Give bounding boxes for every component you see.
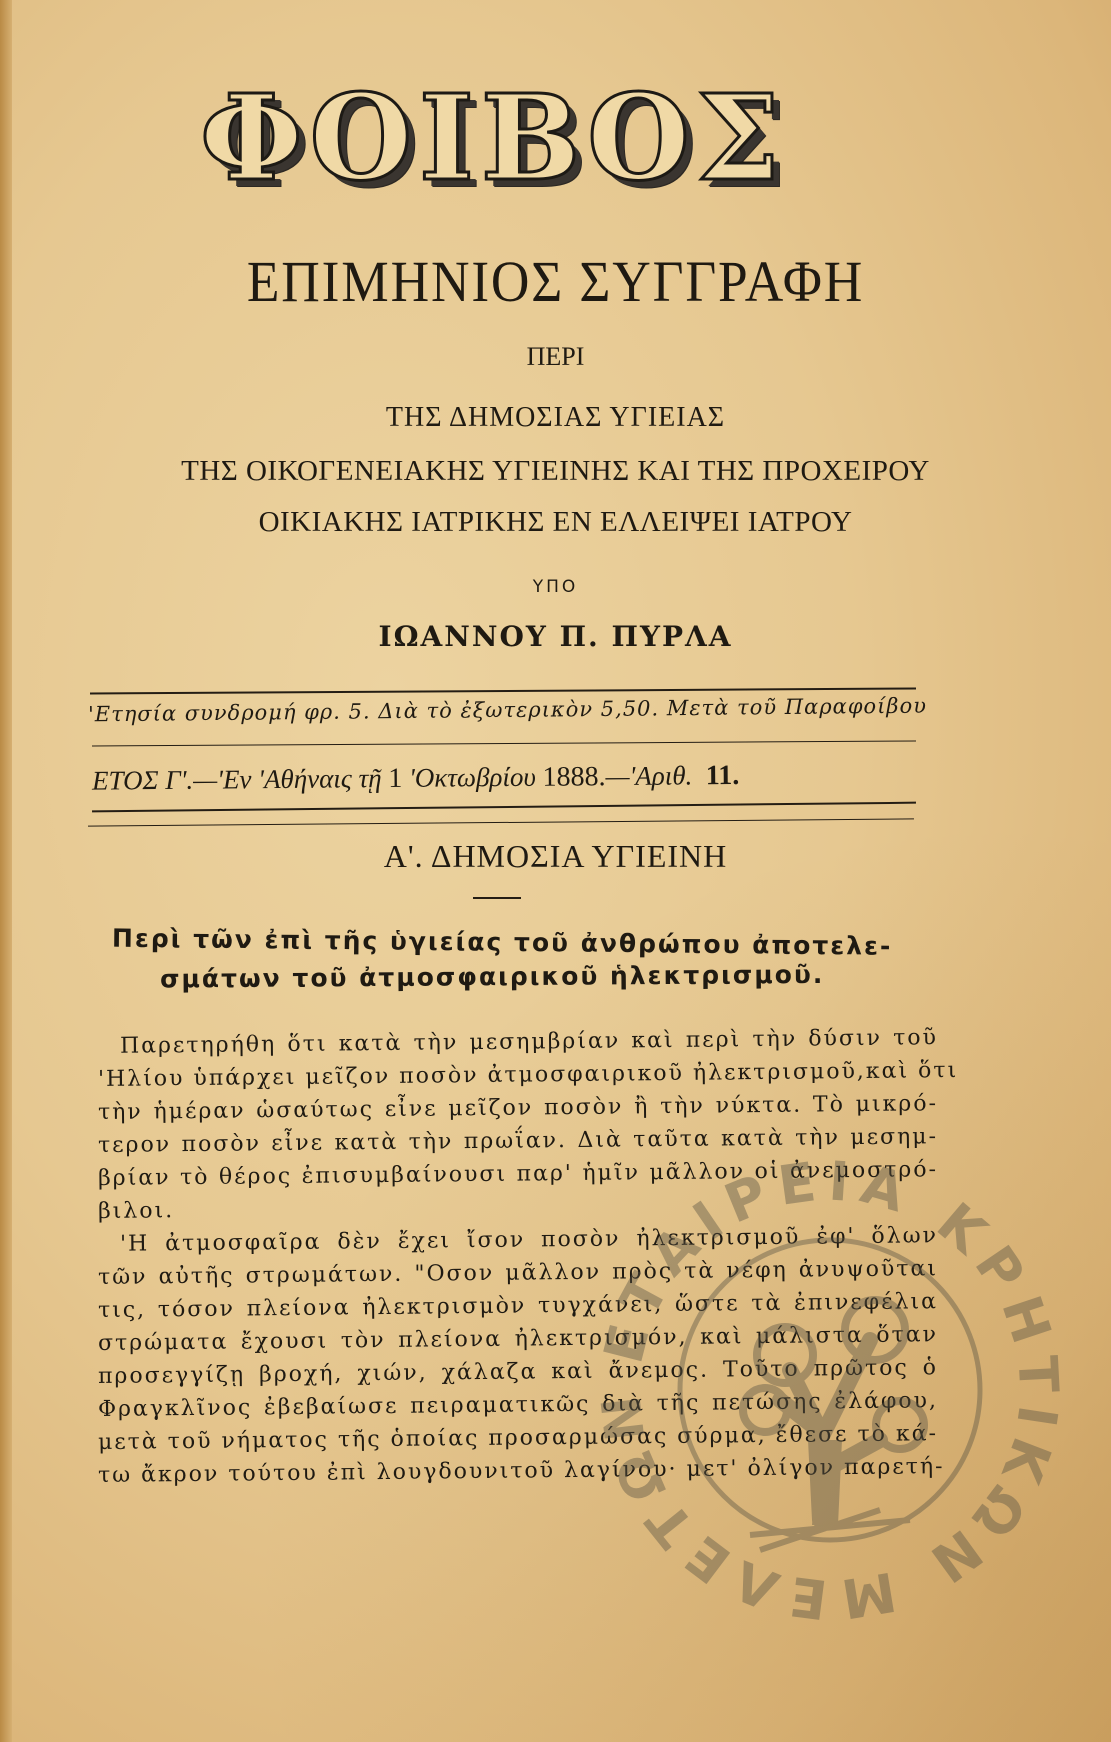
masthead-letter: Ι xyxy=(419,78,474,198)
issue-month: 'Οκτωβρίου xyxy=(409,762,536,793)
about-label: ΠΕΡΙ xyxy=(0,342,1111,372)
publication-subtitle: ΕΠΙΜΗΝΙΟΣ ΣΥΓΓΡΑΦΗ xyxy=(44,248,1066,315)
issue-year: ΕΤΟΣ Γ'. xyxy=(92,765,193,796)
issue-number-label: —'Αριθ. xyxy=(605,760,692,791)
topic-line: ΤΗΣ ΔΗΜΟΣΙΑΣ ΥΓΙΕΙΑΣ xyxy=(0,402,1111,434)
scanned-page: Φ Ο Ι Β Ο Σ ΕΠΙΜΗΝΙΟΣ ΣΥΓΓΡΑΦΗ ΠΕΡΙ ΤΗΣ … xyxy=(0,0,1111,1742)
issue-place-date: —'Εν 'Αθήναις τῇ xyxy=(193,763,382,795)
issue-day: 1 xyxy=(388,763,402,794)
article-heading-line: σμάτων τοῦ ἀτμοσφαιρικοῦ ἡλεκτρισμοῦ. xyxy=(160,959,880,993)
by-label: ΥΠΟ xyxy=(0,577,1111,597)
masthead-title: Φ Ο Ι Β Ο Σ xyxy=(200,78,780,198)
masthead-letter: Φ xyxy=(200,78,303,198)
issue-year-number: 1888. xyxy=(542,761,605,793)
topic-line: ΟΙΚΙΑΚΗΣ ΙΑΤΡΙΚΗΣ ΕΝ ΕΛΛΕΙΨΕΙ ΙΑΤΡΟΥ xyxy=(0,506,1111,539)
issue-number: 11. xyxy=(706,760,740,791)
short-divider xyxy=(473,897,521,899)
author-name: ΙΩΑΝΝΟΥ Π. ΠΥΡΛΑ xyxy=(0,620,1111,653)
topic-line: ΤΗΣ ΟΙΚΟΓΕΝΕΙΑΚΗΣ ΥΓΙΕΙΝΗΣ ΚΑΙ ΤΗΣ ΠΡΟΧΕ… xyxy=(0,455,1111,488)
article-body: Παρετηρήθη ὅτι κατὰ τὴν μεσημβρίαν καὶ π… xyxy=(98,1030,938,1492)
masthead-letter: Σ xyxy=(697,78,780,198)
masthead-letter: Ο xyxy=(309,78,412,198)
masthead-letter: Ο xyxy=(587,78,690,198)
section-title: Α'. ΔΗΜΟΣΙΑ ΥΓΙΕΙΝΗ xyxy=(0,838,1111,875)
masthead-letter: Β xyxy=(481,78,581,198)
